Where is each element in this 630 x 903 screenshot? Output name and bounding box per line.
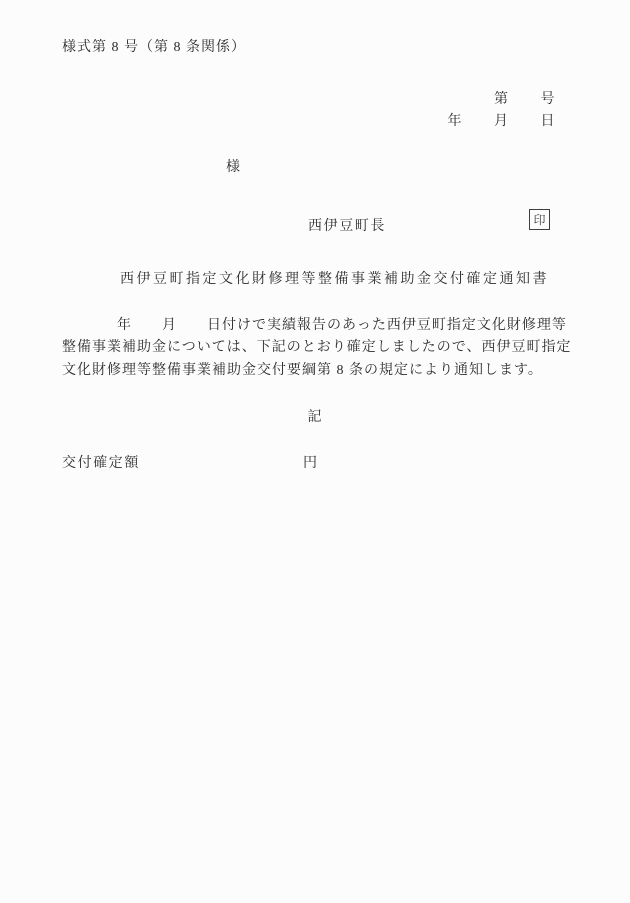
issuer-name: 西伊豆町長 (308, 215, 386, 235)
body-line-2: 整備事業補助金については、下記のとおり確定しましたので、西伊豆町指定 (62, 337, 574, 359)
date-blank: 年 月 日 (448, 110, 557, 130)
amount-unit: 円 (303, 452, 317, 472)
document-page: 様式第 8 号（第 8 条関係） 第 号 年 月 日 様 西伊豆町長 印 西伊豆… (0, 0, 630, 903)
document-number-blank: 第 号 (494, 88, 556, 108)
seal-label: 印 (533, 214, 545, 226)
addressee-suffix: 様 (226, 156, 241, 176)
form-number-line: 様式第 8 号（第 8 条関係） (62, 36, 246, 56)
body-line-1: 年 月 日付けで実績報告のあった西伊豆町指定文化財修理等 (62, 315, 574, 337)
document-title: 西伊豆町指定文化財修理等整備事業補助金交付確定通知書 (120, 268, 549, 288)
amount-label: 交付確定額 (62, 452, 140, 472)
record-marker: 記 (0, 406, 630, 426)
amount-row: 交付確定額 円 (0, 452, 630, 472)
body-paragraph: 年 月 日付けで実績報告のあった西伊豆町指定文化財修理等 整備事業補助金について… (62, 315, 574, 382)
body-line-3: 文化財修理等整備事業補助金交付要綱第 8 条の規定により通知します。 (62, 360, 574, 382)
seal-mark: 印 (529, 209, 550, 230)
